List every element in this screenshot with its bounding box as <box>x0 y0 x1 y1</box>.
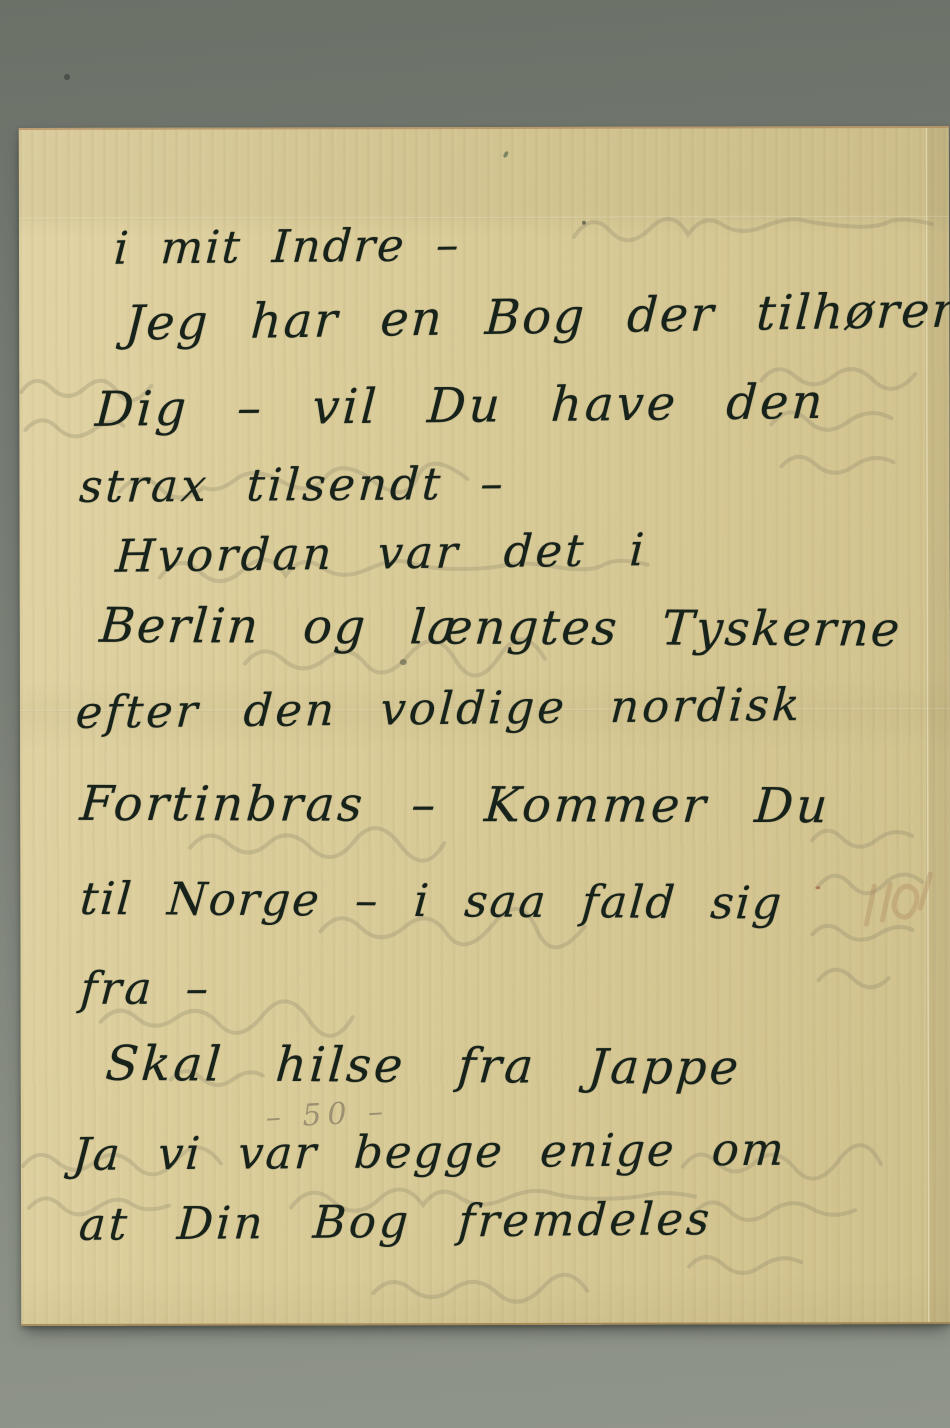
fold-crease-horizontal-top <box>19 216 949 220</box>
ink-smudge <box>400 659 407 665</box>
handwriting-line-2: Jeg har en Bog der tilhører <box>124 282 950 351</box>
handwriting-line-10: fra – <box>79 962 213 1015</box>
photograph-background: { "letter": { "lines": [ "i mit Indre –"… <box>0 0 950 1428</box>
handwriting-line-12: Ja vi var begge enige om <box>71 1123 787 1181</box>
handwriting-line-3: Dig – vil Du have den <box>94 374 827 438</box>
pencil-page-number: – 50 – <box>265 1094 390 1136</box>
letter-paper: i mit Indre – Jeg har en Bog der tilhøre… <box>19 126 950 1326</box>
ink-speck <box>582 221 586 225</box>
handwriting-line-11: Skal hilse fra Jappe <box>104 1036 744 1096</box>
handwriting-line-9: til Norge – i saa fald sig <box>78 872 785 930</box>
handwriting-line-1: i mit Indre – <box>112 218 462 275</box>
handwriting-line-6: Berlin og længtes Tyskerne <box>98 598 904 658</box>
background-speck <box>64 74 70 80</box>
handwriting-line-13: at Din Bog fremdeles <box>77 1192 713 1251</box>
ink-speck-green <box>502 150 509 158</box>
handwriting-line-8: Fortinbras – Kommer Du <box>78 776 832 834</box>
handwriting-line-7: efter den voldige nordisk <box>74 678 804 739</box>
handwriting-line-4: strax tilsendt – <box>78 457 508 513</box>
handwriting-line-5: Hvordan var det i <box>114 523 648 583</box>
red-fleck <box>815 886 820 889</box>
rust-number-bleed <box>866 874 930 924</box>
